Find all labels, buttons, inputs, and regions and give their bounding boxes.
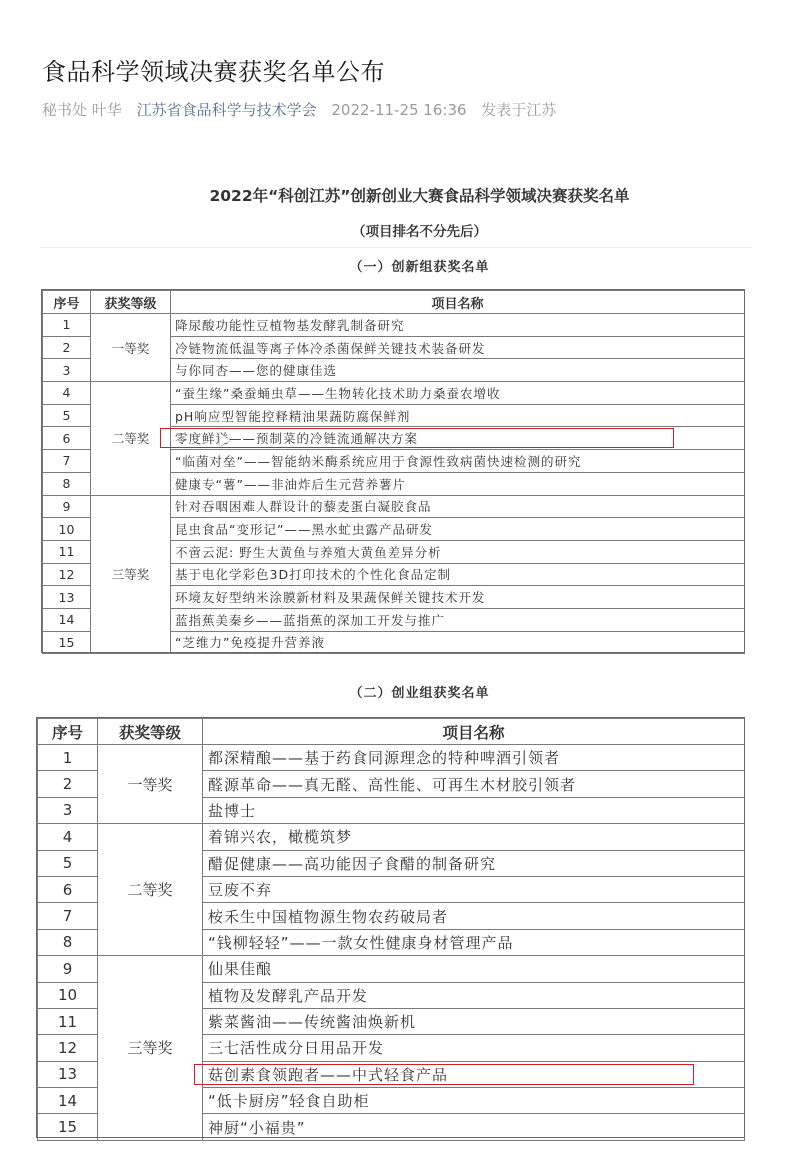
- project-name: 植物及发酵乳产品开发: [203, 982, 745, 1008]
- award-level: 一等奖: [91, 314, 171, 382]
- project-name: 三七活性成分日用品开发: [203, 1035, 745, 1061]
- table-header-row: 序号 获奖等级 项目名称: [38, 719, 745, 745]
- project-name: 冷链物流低温等离子体冷杀菌保鲜关键技术装备研发: [171, 336, 745, 359]
- table-row: 9 三等奖 仙果佳酿: [38, 956, 745, 982]
- row-num: 14: [43, 608, 91, 631]
- row-num: 2: [43, 336, 91, 359]
- project-name: “低卡厨房”轻食自助柜: [203, 1088, 745, 1114]
- project-name: 醛源革命——真无醛、高性能、可再生木材胶引领者: [203, 771, 745, 797]
- row-num: 1: [38, 745, 98, 771]
- row-num: 5: [43, 404, 91, 427]
- project-name: 健康专“薯”——非油炸后生元营养薯片: [171, 472, 745, 495]
- document-title: 2022年“科创江苏”创新创业大赛食品科学领域决赛获奖名单: [0, 184, 799, 206]
- row-num: 6: [38, 876, 98, 902]
- project-name: pH响应型智能控释精油果蔬防腐保鲜剂: [171, 404, 745, 427]
- project-name: 醋促健康——高功能因子食醋的制备研究: [203, 850, 745, 876]
- publish-location: 发表于江苏: [481, 101, 556, 119]
- row-num: 5: [38, 850, 98, 876]
- row-num: 4: [43, 382, 91, 405]
- project-name: 零度鲜送——预制菜的冷链流通解决方案: [171, 427, 745, 450]
- row-num: 1: [43, 314, 91, 337]
- row-num: 8: [43, 472, 91, 495]
- row-num: 10: [38, 982, 98, 1008]
- table-row: 4 二等奖 “蚕生缘”桑蚕蛹虫草——生物转化技术助力桑蚕农增收: [43, 382, 745, 405]
- row-num: 9: [38, 956, 98, 982]
- award-level: 二等奖: [98, 824, 203, 956]
- project-name: 豆废不弃: [203, 876, 745, 902]
- header-level: 获奖等级: [98, 719, 203, 745]
- award-level: 三等奖: [98, 956, 203, 1141]
- row-num: 3: [43, 359, 91, 382]
- publish-datetime: 2022-11-25 16:36: [331, 101, 466, 119]
- project-name: “芝维力”免疫提升营养液: [171, 631, 745, 654]
- article-title: 食品科学领域决赛获奖名单公布: [42, 52, 385, 87]
- row-num: 4: [38, 824, 98, 850]
- section-title-startup: （二）创业组获奖名单: [0, 682, 799, 701]
- row-num: 10: [43, 518, 91, 541]
- row-num: 3: [38, 797, 98, 823]
- project-name: 环境友好型纳米涂膜新材料及果蔬保鲜关键技术开发: [171, 586, 745, 609]
- project-name: 针对吞咽困难人群设计的藜麦蛋白凝胶食品: [171, 495, 745, 518]
- project-name: 桉禾生中国植物源生物农药破局者: [203, 903, 745, 929]
- row-num: 7: [38, 903, 98, 929]
- row-num: 15: [43, 631, 91, 654]
- row-num: 14: [38, 1088, 98, 1114]
- row-num: 2: [38, 771, 98, 797]
- divider: [40, 247, 752, 248]
- table-header-row: 序号 获奖等级 项目名称: [43, 291, 745, 314]
- project-name: 基于电化学彩色3D打印技术的个性化食品定制: [171, 563, 745, 586]
- project-name: 蓝指蕉美秦乡——蓝指蕉的深加工开发与推广: [171, 608, 745, 631]
- award-level: 三等奖: [91, 495, 171, 654]
- row-num: 13: [38, 1061, 98, 1087]
- award-table-startup: 序号 获奖等级 项目名称 1 一等奖 都深精酿——基于药食同源理念的特种啤酒引领…: [37, 718, 745, 1141]
- project-name: 与你同杏——您的健康佳选: [171, 359, 745, 382]
- row-num: 15: [38, 1114, 98, 1140]
- article-meta: 秘书处 叶华 江苏省食品科学与技术学会 2022-11-25 16:36 发表于…: [42, 99, 566, 120]
- project-name: 神厨“小福贵”: [203, 1114, 745, 1140]
- row-num: 9: [43, 495, 91, 518]
- header-level: 获奖等级: [91, 291, 171, 314]
- project-name: “钱柳轻轻”——一款女性健康身材管理产品: [203, 929, 745, 955]
- row-num: 11: [38, 1008, 98, 1034]
- project-name: 不啻云泥: 野生大黄鱼与养殖大黄鱼差异分析: [171, 540, 745, 563]
- project-name: 盐博士: [203, 797, 745, 823]
- award-table-innovation: 序号 获奖等级 项目名称 1 一等奖 降尿酸功能性豆植物基发酵乳制备研究 2 冷…: [42, 290, 745, 654]
- table-row: 9 三等奖 针对吞咽困难人群设计的藜麦蛋白凝胶食品: [43, 495, 745, 518]
- row-num: 6: [43, 427, 91, 450]
- row-num: 12: [43, 563, 91, 586]
- project-name: 都深精酿——基于药食同源理念的特种啤酒引领者: [203, 745, 745, 771]
- header-num: 序号: [38, 719, 98, 745]
- author: 秘书处 叶华: [42, 101, 122, 119]
- row-num: 7: [43, 450, 91, 473]
- award-level: 二等奖: [91, 382, 171, 495]
- table-row: 1 一等奖 降尿酸功能性豆植物基发酵乳制备研究: [43, 314, 745, 337]
- project-name: 仙果佳酿: [203, 956, 745, 982]
- row-num: 8: [38, 929, 98, 955]
- project-name: 着锦兴农，橄榄筑梦: [203, 824, 745, 850]
- project-name: 菇创素食领跑者——中式轻食产品: [203, 1061, 745, 1087]
- section-title-innovation: （一）创新组获奖名单: [0, 256, 799, 275]
- project-name: 昆虫食品“变形记”——黑水虻虫露产品研发: [171, 518, 745, 541]
- table-row: 4 二等奖 着锦兴农，橄榄筑梦: [38, 824, 745, 850]
- header-name: 项目名称: [203, 719, 745, 745]
- row-num: 12: [38, 1035, 98, 1061]
- document-subtitle: （项目排名不分先后）: [0, 220, 799, 240]
- project-name: “临菌对垒”——智能纳米酶系统应用于食源性致病菌快速检测的研究: [171, 450, 745, 473]
- award-level: 一等奖: [98, 745, 203, 824]
- header-name: 项目名称: [171, 291, 745, 314]
- project-name: 紫菜酱油——传统酱油焕新机: [203, 1008, 745, 1034]
- row-num: 13: [43, 586, 91, 609]
- project-name: “蚕生缘”桑蚕蛹虫草——生物转化技术助力桑蚕农增收: [171, 382, 745, 405]
- table-row: 1 一等奖 都深精酿——基于药食同源理念的特种啤酒引领者: [38, 745, 745, 771]
- account-link[interactable]: 江苏省食品科学与技术学会: [137, 101, 317, 119]
- project-name: 降尿酸功能性豆植物基发酵乳制备研究: [171, 314, 745, 337]
- header-num: 序号: [43, 291, 91, 314]
- row-num: 11: [43, 540, 91, 563]
